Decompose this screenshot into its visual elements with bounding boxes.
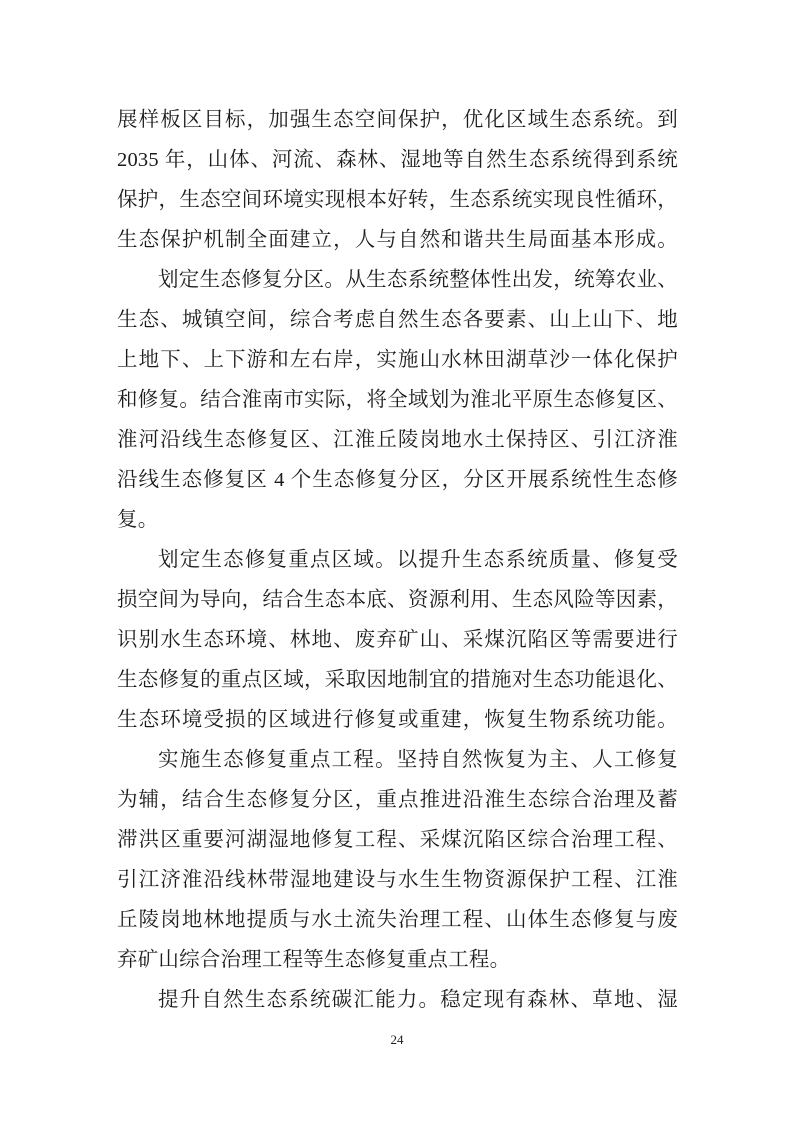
page-footer: 24: [0, 1031, 794, 1049]
text-line: 引江济淮沿线林带湿地建设与水生生物资源保护工程、江淮: [117, 860, 678, 900]
text-line: 淮河沿线生态修复区、江淮丘陵岗地水土保持区、引江济淮: [117, 420, 678, 460]
text-line: 损空间为导向，结合生态本底、资源利用、生态风险等因素，: [117, 580, 678, 620]
text-line: 沿线生态修复区 4 个生态修复分区，分区开展系统性生态修: [117, 460, 678, 500]
text-line: 展样板区目标，加强生态空间保护，优化区域生态系统。到: [117, 100, 678, 140]
document-body: 展样板区目标，加强生态空间保护，优化区域生态系统。到2035 年，山体、河流、森…: [117, 100, 678, 1020]
text-line: 和修复。结合淮南市实际，将全域划为淮北平原生态修复区、: [117, 380, 678, 420]
text-line: 划定生态修复分区。从生态系统整体性出发，统筹农业、: [117, 260, 678, 300]
text-line: 生态修复的重点区域，采取因地制宜的措施对生态功能退化、: [117, 660, 678, 700]
text-line: 保护，生态空间环境实现根本好转，生态系统实现良性循环，: [117, 180, 678, 220]
text-line: 滞洪区重要河湖湿地修复工程、采煤沉陷区综合治理工程、: [117, 820, 678, 860]
text-line: 识别水生态环境、林地、废弃矿山、采煤沉陷区等需要进行: [117, 620, 678, 660]
text-line: 实施生态修复重点工程。坚持自然恢复为主、人工修复: [117, 740, 678, 780]
text-line: 生态保护机制全面建立，人与自然和谐共生局面基本形成。: [117, 220, 678, 260]
text-line: 生态、城镇空间，综合考虑自然生态各要素、山上山下、地: [117, 300, 678, 340]
text-line: 生态环境受损的区域进行修复或重建，恢复生物系统功能。: [117, 700, 678, 740]
page-number: 24: [391, 1032, 404, 1047]
document-page: 展样板区目标，加强生态空间保护，优化区域生态系统。到2035 年，山体、河流、森…: [0, 0, 794, 1122]
text-line: 丘陵岗地林地提质与水土流失治理工程、山体生态修复与废: [117, 900, 678, 940]
text-line: 提升自然生态系统碳汇能力。稳定现有森林、草地、湿: [117, 980, 678, 1020]
text-line: 划定生态修复重点区域。以提升生态系统质量、修复受: [117, 540, 678, 580]
text-line: 弃矿山综合治理工程等生态修复重点工程。: [117, 940, 678, 980]
text-line: 2035 年，山体、河流、森林、湿地等自然生态系统得到系统: [117, 140, 678, 180]
text-line: 复。: [117, 500, 678, 540]
text-line: 上地下、上下游和左右岸，实施山水林田湖草沙一体化保护: [117, 340, 678, 380]
text-line: 为辅，结合生态修复分区，重点推进沿淮生态综合治理及蓄: [117, 780, 678, 820]
